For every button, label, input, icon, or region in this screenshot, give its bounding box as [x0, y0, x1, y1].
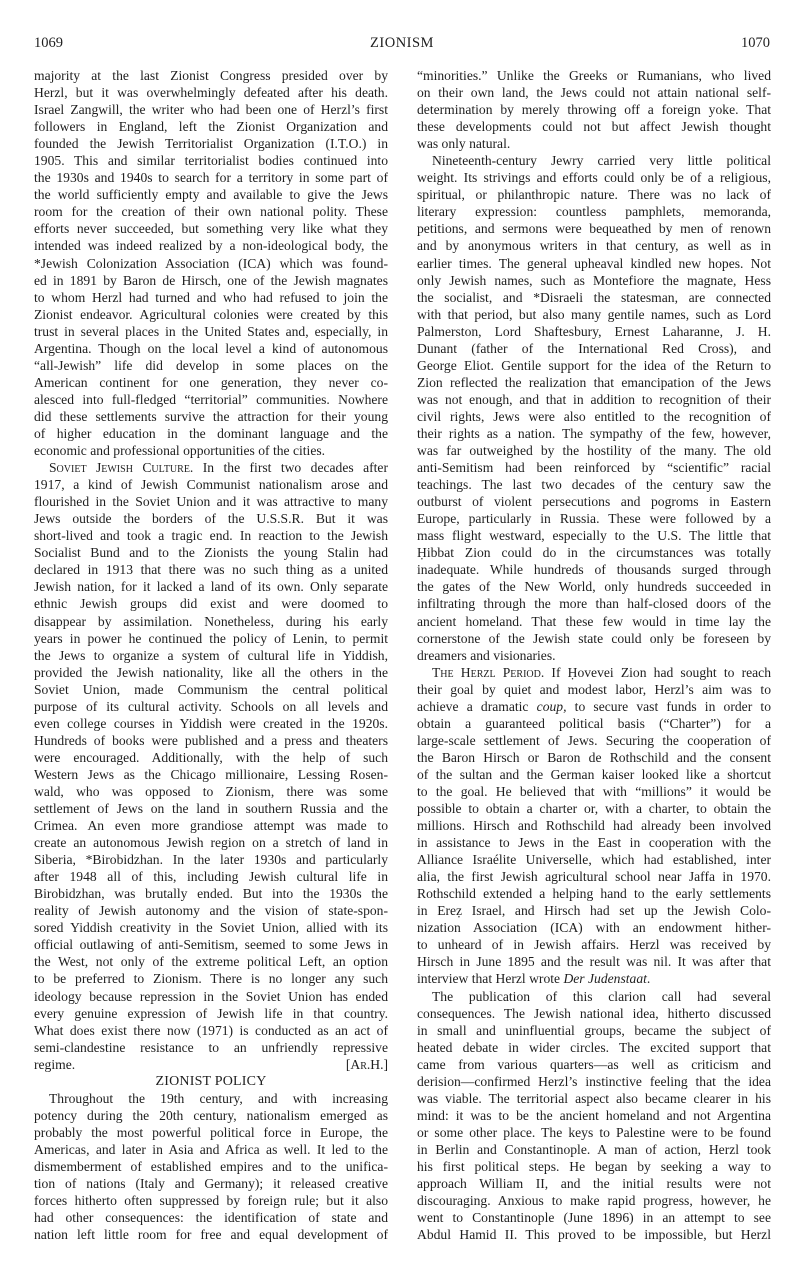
- text-line: possible to obtain a charter or, with a …: [417, 800, 771, 817]
- text-line: ed in 1891 by Baron de Hirsch, one of th…: [34, 272, 388, 289]
- text-line: or some other place. The keys to Palesti…: [417, 1124, 771, 1141]
- book-title: Der Judenstaat: [563, 971, 646, 986]
- text-line: only Jewish names, such as Montefiore th…: [417, 272, 771, 289]
- text-line: to the goal. He believed that with “mill…: [417, 783, 771, 800]
- text-line: nization Association (ICA) with an endow…: [417, 919, 771, 936]
- text-line: Alliance Israélite Universelle, which ha…: [417, 851, 771, 868]
- text-line: in small and uninfluential groups, becam…: [417, 1022, 771, 1039]
- text-line: Jews outside the borders of the U.S.S.R.…: [34, 510, 388, 527]
- text-line: derision—confirmed Herzl’s instinctive f…: [417, 1073, 771, 1090]
- text-line: Hirsch in June 1895 and the result was n…: [417, 953, 771, 970]
- text-line: was viable. The territorial aspect also …: [417, 1090, 771, 1107]
- running-title: ZIONISM: [34, 33, 770, 53]
- text-line: founded the Jewish Territorialist Organi…: [34, 135, 388, 152]
- text-line: with that period, but also many gentile …: [417, 306, 771, 323]
- text-line: civil rights, Jews were also entitled to…: [417, 408, 771, 425]
- text-line: flourished in the Soviet Union and it wa…: [34, 493, 388, 510]
- text-line: Dunant (father of the International Red …: [417, 340, 771, 357]
- text-line: petitions, and sermons were bequeathed b…: [417, 220, 771, 237]
- text-line: interview that Herzl wrote Der Judenstaa…: [417, 970, 771, 987]
- text-line: Europe, particularly in Russia. These we…: [417, 510, 771, 527]
- text-line: in Berlin and Constantinople. A man of a…: [417, 1141, 771, 1158]
- paragraph-publication: The publication of this clarion call had…: [417, 988, 771, 1244]
- text-line: efforts never succeeded, but something v…: [34, 220, 388, 237]
- text-line: Soviet Jewish Culture. In the first two …: [34, 459, 388, 476]
- text-line: alesced into full-fledged “territorial” …: [34, 391, 388, 408]
- text-line: determination by merely throwing off a f…: [417, 101, 771, 118]
- text-line: nation left little room for free and equ…: [34, 1226, 388, 1243]
- text-line: forces hitherto often suppressed by fore…: [34, 1192, 388, 1209]
- text-line: Soviet Union, made Communism the central…: [34, 681, 388, 698]
- text-line: the 1930s and 1940s to search for a terr…: [34, 169, 388, 186]
- text-line: reality of Jewish autonomy and the visio…: [34, 902, 388, 919]
- text-line: inadequate. While hundreds of thousands …: [417, 561, 771, 578]
- text-line: was only natural.: [417, 135, 771, 152]
- text-line: came from various quarters—as well as cr…: [417, 1056, 771, 1073]
- italic-term: coup,: [537, 699, 567, 714]
- text-line: earlier times. The general upheaval kind…: [417, 255, 771, 272]
- text-line: dreamers and visionaries.: [417, 647, 771, 664]
- text-line: “all-Jewish” life did develop in some pl…: [34, 357, 388, 374]
- text-line: purpose of its cultural activity. School…: [34, 698, 388, 715]
- text-line: Birobidzhan, was brutally ended. But int…: [34, 885, 388, 902]
- text-line: heated debate in wider circles. The exci…: [417, 1039, 771, 1056]
- text-line: economic and professional opportunities …: [34, 442, 388, 459]
- text-line: weight. Its strivings and efforts could …: [417, 169, 771, 186]
- text-line: The Herzl Period. If Ḥovevei Zion had so…: [417, 664, 771, 681]
- text-line: create an autonomous Jewish region on a …: [34, 834, 388, 851]
- text-line: Zionist endeavor. Agricultural colonies …: [34, 306, 388, 323]
- text-line: Ḥibbat Zion could do in the circumstance…: [417, 544, 771, 561]
- text-line: Hundreds of books were published and a p…: [34, 732, 388, 749]
- paragraph-herzl-period: The Herzl Period. If Ḥovevei Zion had so…: [417, 664, 771, 988]
- text-line: literary expression: countless pamphlets…: [417, 203, 771, 220]
- text-line: in assistance to Jews in the East in coo…: [417, 834, 771, 851]
- paragraph-soviet-jewish-culture: Soviet Jewish Culture. In the first two …: [34, 459, 388, 1073]
- text-line: his first political steps. He began by s…: [417, 1158, 771, 1175]
- text-line: anti-Semitism had been reinforced by “sc…: [417, 459, 771, 476]
- left-column: majority at the last Zionist Congress pr…: [34, 67, 388, 1243]
- text-line: did these settlements survive the attrac…: [34, 408, 388, 425]
- text-line: Siberia, *Birobidzhan. In the later 1930…: [34, 851, 388, 868]
- text-line: “minorities.” Unlike the Greeks or Ruman…: [417, 67, 771, 84]
- text-line: the Baron Hirsch or Baron de Rothschild …: [417, 749, 771, 766]
- text-line: 1905. This and similar territorialist bo…: [34, 152, 388, 169]
- paragraph-minorities: “minorities.” Unlike the Greeks or Ruman…: [417, 67, 771, 152]
- text-line: intended was indeed realized by a non-id…: [34, 237, 388, 254]
- text-line: Herzl, but it was overwhelmingly defeate…: [34, 84, 388, 101]
- text-line: cornerstone of the Jewish state could on…: [417, 630, 771, 647]
- paragraph-territorialism: majority at the last Zionist Congress pr…: [34, 67, 388, 459]
- text-line: after 1948 all of this, including Jewish…: [34, 868, 388, 885]
- text-line: outburst of violent persecutions and pog…: [417, 493, 771, 510]
- right-column: “minorities.” Unlike the Greeks or Ruman…: [417, 67, 771, 1243]
- text-line: the socialist, and *Disraeli the statesm…: [417, 289, 771, 306]
- text-line: room for the creation of their own natio…: [34, 203, 388, 220]
- text-line: regime.[Ar.H.]: [34, 1056, 388, 1073]
- text-line: Argentina. Though on the local level a k…: [34, 340, 388, 357]
- text-line: What does exist there now (1971) is cond…: [34, 1022, 388, 1039]
- text-line: followers in England, left the Zionist O…: [34, 118, 388, 135]
- text-line: years in power he continued the policy o…: [34, 630, 388, 647]
- text-line: George Eliot. Gentile support for the id…: [417, 357, 771, 374]
- text-line: and by anonymous writers in that century…: [417, 237, 771, 254]
- text-line: Americas, and later in Asia and Africa a…: [34, 1141, 388, 1158]
- text-line: Socialist Bund and to the Zionists the y…: [34, 544, 388, 561]
- text-line: discouraging. Anxious to make rapid prog…: [417, 1192, 771, 1209]
- text-line: spiritual, or philanthropic nature. Ther…: [417, 186, 771, 203]
- text-line: these developments could not but affect …: [417, 118, 771, 135]
- text-line: to whom Herzl had turned and who had ref…: [34, 289, 388, 306]
- text-line: the gates of the New World, only hundred…: [417, 578, 771, 595]
- text-line: probably the most powerful political for…: [34, 1124, 388, 1141]
- text-line: of higher education in the dominant lang…: [34, 425, 388, 442]
- text-line: their goal by quiet and modest labor, He…: [417, 681, 771, 698]
- running-head: 1069 ZIONISM 1070: [34, 33, 770, 53]
- text-line: alia, the first Jewish agricultural scho…: [417, 868, 771, 885]
- text-line: was not enough, and that in addition to …: [417, 391, 771, 408]
- text-line: trust in several places in the United St…: [34, 323, 388, 340]
- text-line: Rothschild extended a helping hand to th…: [417, 885, 771, 902]
- text-line: The publication of this clarion call had…: [417, 988, 771, 1005]
- text-line: went to Constantinople (June 1896) in an…: [417, 1209, 771, 1226]
- text-line: to unheard of in Jewish affairs. Herzl w…: [417, 936, 771, 953]
- text-line: Abdul Hamid II. This proved to be imposs…: [417, 1226, 771, 1243]
- text-line: consequences. The Jewish national idea, …: [417, 1005, 771, 1022]
- paragraph-nineteenth-century: Nineteenth-century Jewry carried very li…: [417, 152, 771, 663]
- text-line: potency during the 20th century, nationa…: [34, 1107, 388, 1124]
- text-line: their rights as a nation. The sympathy o…: [417, 425, 771, 442]
- text-line: sored Yiddish creativity in the Soviet U…: [34, 919, 388, 936]
- text-line: approach William II, and the initial res…: [417, 1175, 771, 1192]
- text-line: Western Jews as the Chicago millionaire,…: [34, 766, 388, 783]
- text-line: *Jewish Colonization Association (ICA) w…: [34, 255, 388, 272]
- text-line: ideology because repression in the Sovie…: [34, 988, 388, 1005]
- text-line: obtain a guaranteed political basis (“Ch…: [417, 715, 771, 732]
- text-line: wald, who was opposed to Zionism, there …: [34, 783, 388, 800]
- paragraph-zionist-policy: Throughout the 19th century, and with in…: [34, 1090, 388, 1243]
- text-line: the world sufficiently empty and availab…: [34, 186, 388, 203]
- text-line: had other consequences: the identificati…: [34, 1209, 388, 1226]
- section-run-in-heading: The Herzl Period.: [432, 665, 544, 680]
- text-line: tion of nations (Italy and Germany); it …: [34, 1175, 388, 1192]
- text-line: Crimea. An even more grandiose attempt w…: [34, 817, 388, 834]
- text-line: achieve a dramatic coup, to secure vast …: [417, 698, 771, 715]
- text-line: Throughout the 19th century, and with in…: [34, 1090, 388, 1107]
- text-line: Israel Zangwill, the writer who had been…: [34, 101, 388, 118]
- text-line: Zion reflected the realization that eman…: [417, 374, 771, 391]
- text-line: every genuine expression of Jewish life …: [34, 1005, 388, 1022]
- text-line: of the sultan and the German kaiser look…: [417, 766, 771, 783]
- text-line: to be preferred to Zionism. There is no …: [34, 970, 388, 987]
- author-signature: [Ar.H.]: [346, 1056, 388, 1073]
- text-line: Jewish nation, for it lacked a land of i…: [34, 578, 388, 595]
- text-line: the Jews to organize a system of cultura…: [34, 647, 388, 664]
- text-line: majority at the last Zionist Congress pr…: [34, 67, 388, 84]
- text-line: Palmerston, Lord Shaftesbury, Ernest Lah…: [417, 323, 771, 340]
- text-line: teachings. The last two decades of the c…: [417, 476, 771, 493]
- text-line: infiltrating through the more than half-…: [417, 595, 771, 612]
- section-run-in-heading: Soviet Jewish Culture.: [49, 460, 193, 475]
- text-line: large-scale settlement of Jews. Securing…: [417, 732, 771, 749]
- text-line: provided the Jewish nationality, like al…: [34, 664, 388, 681]
- text-line: was far outweighed by the hostility of t…: [417, 442, 771, 459]
- text-line: were encouraged. Additionally, with the …: [34, 749, 388, 766]
- text-line: mind: it was to be the ancient homeland …: [417, 1107, 771, 1124]
- text-line: disappear by assimilation. Nonetheless, …: [34, 613, 388, 630]
- text-line: declared in 1913 that there was no such …: [34, 561, 388, 578]
- text-line: semi-clandestine resistance to an unfrie…: [34, 1039, 388, 1056]
- text-line: 1917, a kind of Jewish Communist nationa…: [34, 476, 388, 493]
- section-heading: ZIONIST POLICY: [34, 1073, 388, 1090]
- text-line: the West, not only of the extreme politi…: [34, 953, 388, 970]
- text-line: in Ereẓ Israel, and Hirsch had set up th…: [417, 902, 771, 919]
- text-line: dismemberment of established empires and…: [34, 1158, 388, 1175]
- text-line: ethnic Jewish groups did exist and were …: [34, 595, 388, 612]
- text-line: short-lived and took a tragic end. In re…: [34, 527, 388, 544]
- text-line: even college courses in Yiddish were cre…: [34, 715, 388, 732]
- text-line: official outlawing of anti-Semitism, see…: [34, 936, 388, 953]
- text-line: on their own land, the Jews could not at…: [417, 84, 771, 101]
- text-line: American continent for one generation, t…: [34, 374, 388, 391]
- text-line: millions. Hirsch and Rothschild had alre…: [417, 817, 771, 834]
- text-line: ancient homeland. That these few would i…: [417, 613, 771, 630]
- text-line: Nineteenth-century Jewry carried very li…: [417, 152, 771, 169]
- page-number-right: 1070: [741, 33, 770, 53]
- text-line: mass flight westward, especially to the …: [417, 527, 771, 544]
- text-line: settlement of Jews on the land in southe…: [34, 800, 388, 817]
